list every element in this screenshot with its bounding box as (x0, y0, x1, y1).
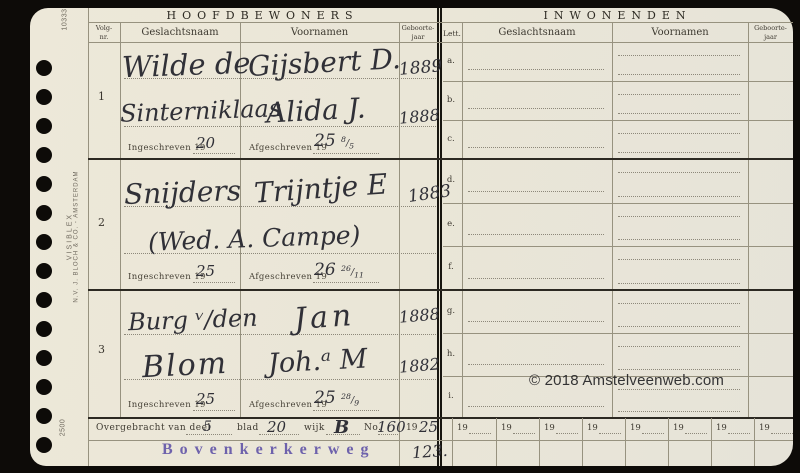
copyright-watermark: © 2018 Amstelveenweb.com (529, 372, 724, 389)
ingeschreven-value: 25 (196, 390, 215, 408)
writing-line (618, 326, 740, 327)
punch-hole (36, 118, 52, 134)
writing-line (468, 364, 604, 365)
birthyear-entry: 1888 (398, 304, 440, 326)
wijk-label: wijk (304, 423, 325, 433)
punch-hole (36, 408, 52, 424)
writing-line (618, 283, 740, 284)
year-cell-prefix: 19 (759, 423, 770, 433)
blank-line (313, 410, 379, 411)
punch-hole (36, 89, 52, 105)
colhead-geslachtsnaam-right: Geslachtsnaam (462, 27, 612, 38)
writing-line (468, 191, 604, 192)
punch-hole (36, 321, 52, 337)
colhead-voornamen-left: Voornamen (240, 27, 399, 38)
writing-line (618, 94, 740, 95)
surname-entry: Sinterniklaas (120, 94, 282, 128)
punch-hole (36, 147, 52, 163)
ingeschreven-value: 25 (196, 262, 215, 280)
blank-line (771, 433, 793, 434)
blank-line (469, 433, 491, 434)
colhead-geslachtsnaam-left: Geslachtsnaam (120, 27, 240, 38)
afgeschreven-value: 25 28/9 (314, 388, 359, 408)
ingeschreven-label: Ingeschreven 19 (128, 400, 206, 410)
letter-row-divider (443, 333, 793, 334)
inwonende-letter: e. (441, 219, 461, 229)
blank-line (193, 153, 235, 154)
year-cell-divider (625, 418, 626, 466)
year-value: 25 (419, 418, 438, 436)
writing-line (618, 216, 740, 217)
letter-row-divider (443, 203, 793, 204)
writing-line (468, 108, 604, 109)
punch-hole (36, 437, 52, 453)
spine-maker: N.V. J. BLOCH & CO. - AMSTERDAM (74, 112, 80, 362)
year-cell-divider (668, 418, 669, 466)
row-number: 1 (98, 90, 105, 103)
writing-line (618, 389, 740, 390)
inwonende-letter: g. (441, 306, 461, 316)
year-cell-prefix: 19 (457, 423, 468, 433)
letter-row-divider (443, 120, 793, 121)
blank-line (513, 433, 535, 434)
ingeschreven-label: Ingeschreven 19 (128, 143, 206, 153)
surname-entry: Burg ᵛ/den (128, 304, 259, 337)
surname-entry: Snijders (123, 174, 241, 211)
year-cell-prefix: 19 (673, 423, 684, 433)
inwonende-letter: a. (441, 56, 461, 66)
punch-hole (36, 60, 52, 76)
surname-entry: Wilde de (121, 46, 251, 84)
col-rule (240, 22, 241, 418)
year-cell-divider (711, 418, 712, 466)
writing-line (618, 259, 740, 260)
birthyear-entry: 1889 (398, 56, 443, 80)
blank-line (599, 433, 621, 434)
spine-maker-block: VISIBLEX N.V. J. BLOCH & CO. - AMSTERDAM (67, 112, 80, 362)
wijk-value: B (334, 417, 349, 438)
spine-rule (88, 8, 89, 466)
year-cell-prefix: 19 (501, 423, 512, 433)
inwonende-letter: d. (441, 175, 461, 185)
writing-line (618, 133, 740, 134)
row-divider (88, 158, 793, 160)
ingeschreven-value: 20 (196, 134, 215, 152)
colhead-volgnr: Volg- nr. (88, 24, 120, 42)
section-title-hoofdbewoners: HOOFDBEWONERS (88, 9, 437, 22)
colhead-voornamen-right: Voornamen (612, 27, 748, 38)
firstname-entry: Alida J. (265, 91, 366, 129)
writing-line (618, 303, 740, 304)
year-cell-prefix: 19 (587, 423, 598, 433)
inwonende-letter: b. (441, 95, 461, 105)
colhead-geboortejaar-right: Geboorte- jaar (748, 24, 793, 42)
blank-line (685, 433, 707, 434)
overgebracht-label: Overgebracht van deel (96, 423, 211, 433)
writing-line (468, 234, 604, 235)
writing-line (618, 172, 740, 173)
writing-line (618, 74, 740, 75)
spine-top-code: 10333 (61, 9, 68, 31)
section-title-inwonenden: INWONENDEN (442, 9, 793, 22)
colhead-lett: Lett. (441, 29, 463, 38)
punch-hole (36, 379, 52, 395)
blank-line (728, 433, 750, 434)
writing-line (618, 113, 740, 114)
blank-line (556, 433, 578, 434)
writing-line (618, 369, 740, 370)
colhead-geboortejaar-left: Geboorte- jaar (397, 24, 439, 42)
writing-line (618, 346, 740, 347)
afgeschreven-value: 26 26/11 (314, 260, 364, 280)
firstname-entry: Jan (293, 298, 357, 337)
no-value: 160 (377, 418, 406, 436)
punch-hole (36, 234, 52, 250)
blad-value: 20 (267, 418, 286, 436)
scanned-register-card: 10333 VISIBLEX N.V. J. BLOCH & CO. - AMS… (0, 0, 800, 473)
inwonende-letter: i. (441, 391, 461, 401)
letter-row-divider (443, 81, 793, 82)
writing-line (618, 239, 740, 240)
writing-line (468, 406, 604, 407)
year-cell-prefix: 19 (716, 423, 727, 433)
writing-line (468, 147, 604, 148)
punch-hole (36, 350, 52, 366)
row-divider (88, 289, 793, 291)
col-rule (399, 22, 400, 466)
surname-entry: Blom (141, 346, 229, 385)
year-cell-prefix: 19 (630, 423, 641, 433)
punch-hole (36, 292, 52, 308)
inwonende-letter: c. (441, 134, 461, 144)
ingeschreven-label: Ingeschreven 19 (128, 272, 206, 282)
birthyear-entry: 1888 (398, 105, 440, 127)
row-number: 3 (98, 343, 105, 356)
title-rule (88, 22, 793, 23)
year-cell-divider (452, 418, 453, 466)
inwonende-letter: f. (441, 262, 461, 272)
writing-line (618, 196, 740, 197)
row-number: 2 (98, 216, 105, 229)
year-cell-divider (582, 418, 583, 466)
writing-line (468, 321, 604, 322)
writing-line (618, 55, 740, 56)
letter-row-divider (443, 246, 793, 247)
deel-value: 5 (203, 419, 212, 435)
year-cell-divider (496, 418, 497, 466)
blank-line (313, 282, 379, 283)
firstname-entry: Joh.ᵃ M (267, 343, 368, 379)
inwonende-letter: h. (441, 349, 461, 359)
punch-hole (36, 205, 52, 221)
house-number: 123. (411, 441, 448, 462)
punch-hole (36, 176, 52, 192)
col-rule (120, 22, 121, 418)
year-cell-divider (754, 418, 755, 466)
birthyear-entry: 1882 (398, 354, 440, 376)
street-stamp: Bovenkerkerweg (162, 441, 376, 459)
blank-line (642, 433, 664, 434)
punch-hole (36, 263, 52, 279)
blank-line (193, 410, 235, 411)
blank-line (193, 282, 235, 283)
writing-line (618, 411, 740, 412)
header-rule (88, 42, 793, 43)
writing-line (468, 278, 604, 279)
year-cell-divider (539, 418, 540, 466)
spine-brand: VISIBLEX (67, 112, 74, 362)
year-prefix: 19 (406, 423, 417, 433)
row-divider (88, 417, 793, 419)
spine-bottom-code: 2500 (59, 419, 66, 437)
year-cell-prefix: 19 (544, 423, 555, 433)
blad-label: blad (237, 423, 259, 433)
blank-line (313, 153, 379, 154)
afgeschreven-value: 25 8/5 (314, 131, 354, 151)
writing-line (618, 152, 740, 153)
writing-line (468, 69, 604, 70)
